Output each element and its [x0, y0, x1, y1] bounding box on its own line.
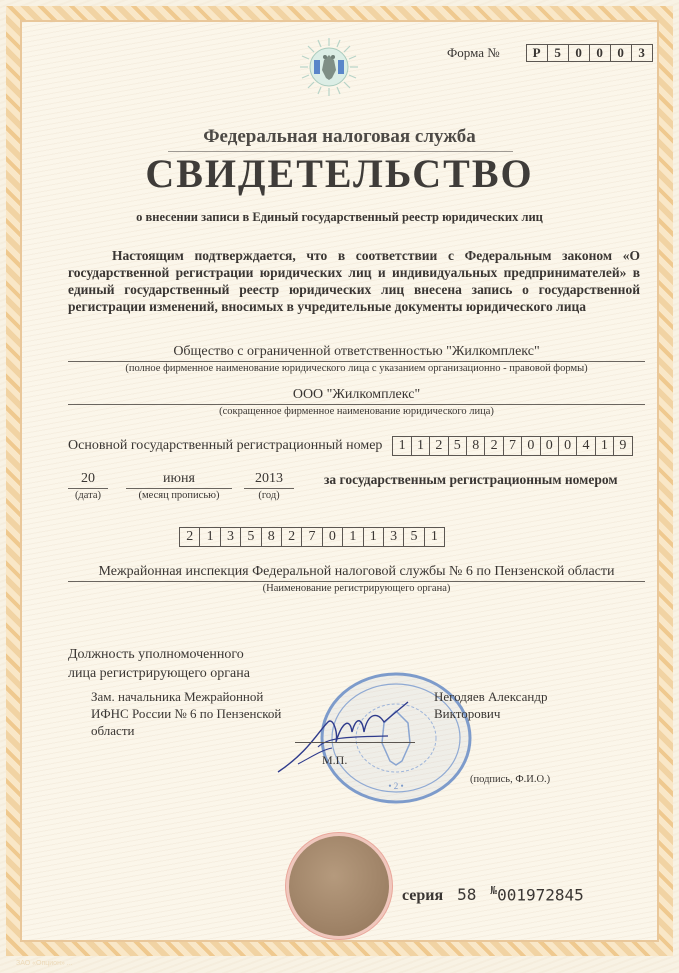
form-cell: 3 — [632, 45, 652, 61]
grn-digit: 3 — [384, 528, 404, 546]
ogrn-digit: 4 — [577, 437, 595, 455]
series-value: 58 — [457, 885, 476, 904]
certificate-page: Форма № Р 5 0 0 0 3 Федеральная налогова… — [0, 0, 679, 973]
date-month: июня (месяц прописью) — [126, 470, 232, 503]
grn-digit: 1 — [425, 528, 444, 546]
blank-series: серия 58 №001972845 — [402, 884, 584, 905]
grn-digit: 3 — [221, 528, 241, 546]
grn-digit: 7 — [302, 528, 322, 546]
date-month-hint: (месяц прописью) — [126, 489, 232, 503]
ogrn-digit: 1 — [412, 437, 430, 455]
company-short-name-hint: (сокращенное фирменное наименование юрид… — [68, 405, 645, 419]
handwritten-signature — [258, 692, 418, 782]
agency-name: Федеральная налоговая служба — [0, 126, 679, 148]
company-short-name-field: ООО "Жилкомплекс" (сокращенное фирменное… — [68, 386, 645, 419]
blank-number: №001972845 — [490, 884, 583, 904]
ogrn-digit: 8 — [467, 437, 485, 455]
registering-authority-hint: (Наименование регистрирующего органа) — [68, 582, 645, 596]
company-full-name: Общество с ограниченной ответственностью… — [68, 343, 645, 362]
form-cell: 5 — [548, 45, 569, 61]
grn-digit: 1 — [343, 528, 363, 546]
date-year: 2013 (год) — [244, 470, 294, 503]
printer-imprint: ЗАО «Опцион» ... — [16, 960, 73, 967]
grn-digit: 8 — [262, 528, 282, 546]
signatory-name: Негодяев Александр Викторович — [434, 688, 547, 722]
form-number-label: Форма № — [447, 45, 500, 61]
date-year-hint: (год) — [244, 489, 294, 503]
ogrn-digit: 2 — [485, 437, 503, 455]
signatory-position-line: ИФНС России № 6 по Пензенской — [91, 705, 281, 722]
date-year-value: 2013 — [244, 470, 294, 489]
registering-authority-field: Межрайонная инспекция Федеральной налого… — [68, 563, 645, 596]
ogrn-digit: 1 — [393, 437, 411, 455]
form-number-cells: Р 5 0 0 0 3 — [526, 44, 653, 62]
series-label: серия — [402, 887, 443, 905]
company-full-name-field: Общество с ограниченной ответственностью… — [68, 343, 645, 376]
ogrn-digit: 9 — [614, 437, 631, 455]
form-cell: Р — [527, 45, 548, 61]
grn-digit: 5 — [404, 528, 424, 546]
signatory-name-line: Викторович — [434, 705, 547, 722]
ogrn-label: Основной государственный регистрационный… — [68, 438, 382, 454]
ogrn-digit: 0 — [522, 437, 540, 455]
grn-cells: 2 1 3 5 8 2 7 0 1 1 3 5 1 — [179, 527, 445, 547]
svg-text:• 2 •: • 2 • — [388, 781, 403, 791]
ogrn-digit: 5 — [449, 437, 467, 455]
ogrn-digit: 1 — [596, 437, 614, 455]
grn-digit: 2 — [180, 528, 200, 546]
ogrn-digit: 7 — [504, 437, 522, 455]
grn-caption: за государственным регистрационным номер… — [324, 472, 618, 488]
form-cell: 0 — [569, 45, 590, 61]
registering-authority-name: Межрайонная инспекция Федеральной налого… — [68, 563, 645, 582]
grn-digit: 1 — [364, 528, 384, 546]
form-number: Форма № Р 5 0 0 0 3 — [447, 44, 653, 62]
grn-digit: 0 — [323, 528, 343, 546]
position-label-line: Должность уполномоченного — [68, 645, 250, 664]
date-day: 20 (дата) — [68, 470, 108, 503]
signature-hint: (подпись, Ф.И.О.) — [470, 774, 550, 785]
ogrn-digit: 0 — [541, 437, 559, 455]
position-label: Должность уполномоченного лица регистрир… — [68, 645, 250, 683]
date-day-value: 20 — [68, 470, 108, 489]
grn-digit: 1 — [200, 528, 220, 546]
ogrn-digit: 2 — [430, 437, 448, 455]
ogrn-cells: 1 1 2 5 8 2 7 0 0 0 4 1 9 — [392, 436, 632, 456]
seal-place-label: М.П. — [322, 753, 347, 768]
company-short-name: ООО "Жилкомплекс" — [68, 386, 645, 405]
signatory-position-line: области — [91, 722, 281, 739]
date-month-value: июня — [126, 470, 232, 489]
grn-digit: 5 — [241, 528, 261, 546]
signature-line — [295, 742, 415, 743]
embossed-seal-icon — [289, 836, 389, 936]
double-headed-eagle-emblem-icon — [298, 36, 360, 98]
document-title: СВИДЕТЕЛЬСТВО — [0, 150, 679, 197]
signatory-position: Зам. начальника Межрайонной ИФНС России … — [91, 688, 281, 739]
signatory-position-line: Зам. начальника Межрайонной — [91, 688, 281, 705]
date-day-hint: (дата) — [68, 489, 108, 503]
blank-number-value: 001972845 — [497, 885, 584, 904]
signatory-name-line: Негодяев Александр — [434, 688, 547, 705]
grn-digit: 2 — [282, 528, 302, 546]
grn-row: 2 1 3 5 8 2 7 0 1 1 3 5 1 — [179, 527, 445, 547]
document-subtitle: о внесении записи в Единый государственн… — [0, 210, 679, 225]
ogrn-row: Основной государственный регистрационный… — [68, 436, 633, 456]
form-cell: 0 — [590, 45, 611, 61]
company-full-name-hint: (полное фирменное наименование юридическ… — [68, 362, 645, 376]
position-label-line: лица регистрирующего органа — [68, 664, 250, 683]
form-cell: 0 — [611, 45, 632, 61]
certificate-statement: Настоящим подтверждается, что в соответс… — [68, 247, 640, 315]
ogrn-digit: 0 — [559, 437, 577, 455]
